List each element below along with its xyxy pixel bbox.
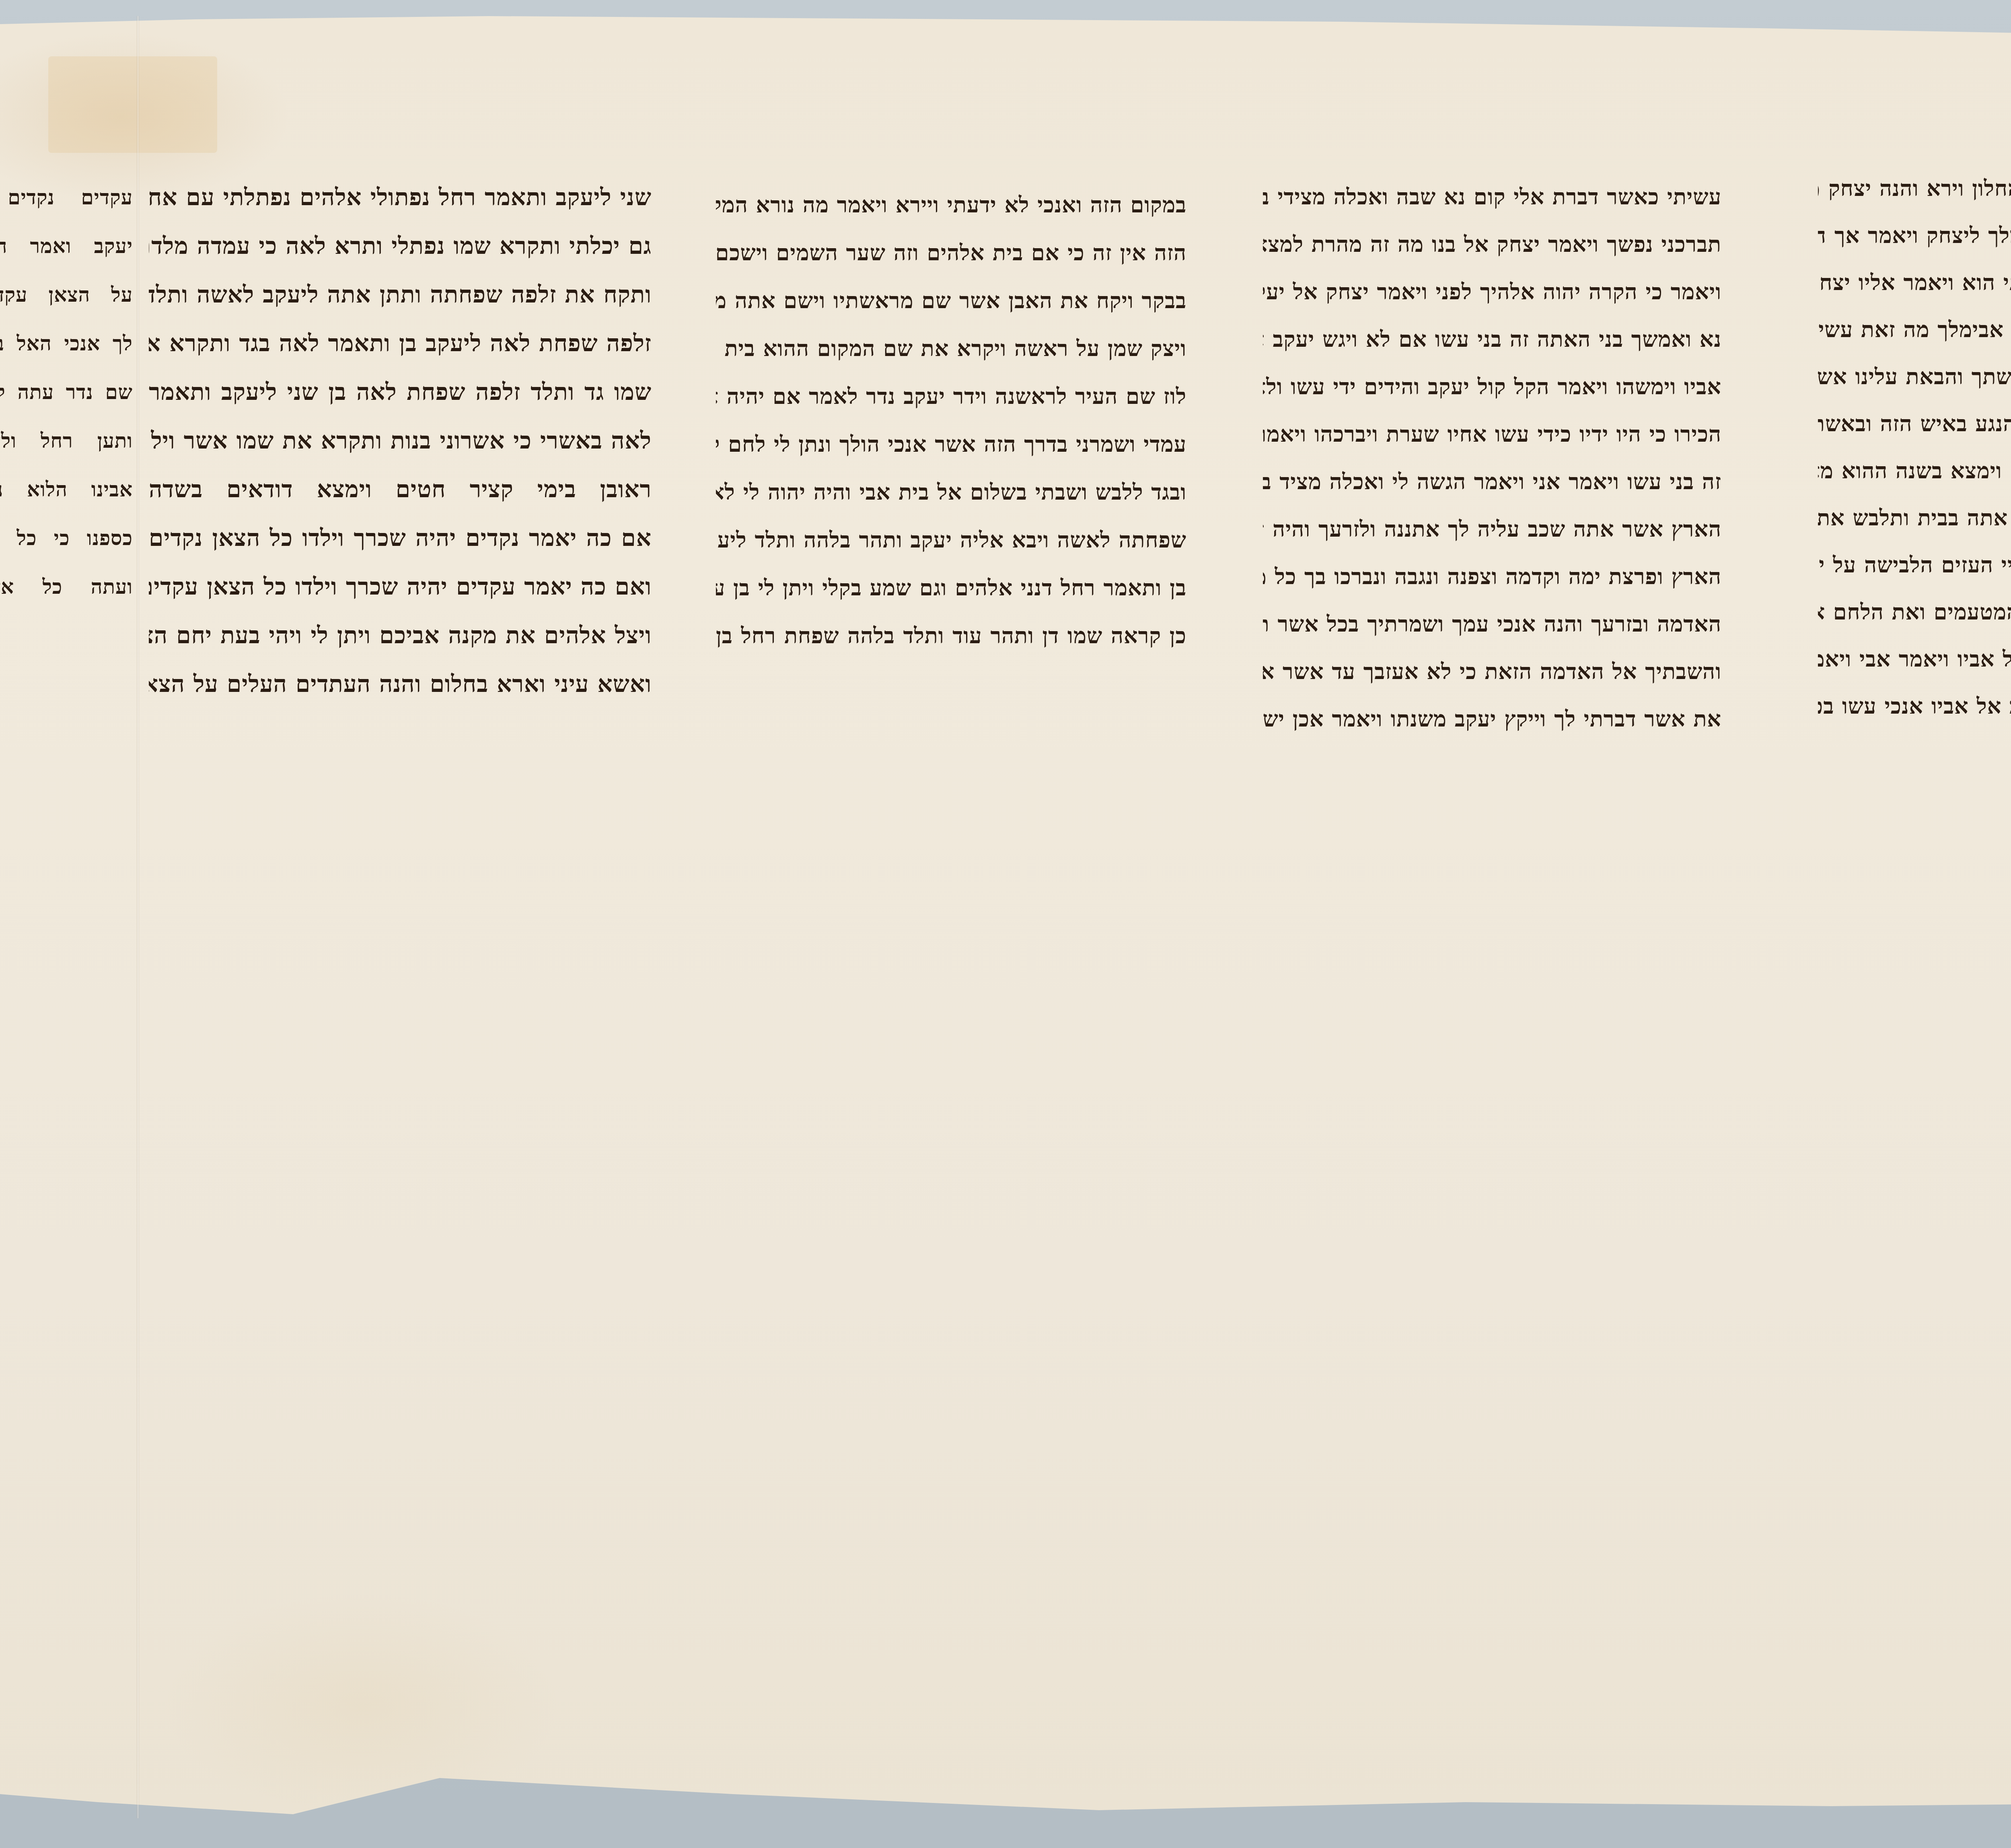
text-line: גם יכלתי ותקרא שמו נפתלי ותרא לאה כי עמד… — [149, 222, 652, 270]
text-line: כמעט שכב אחד העם את אשתך והבאת עלינו אשם… — [1818, 353, 2011, 400]
text-line: במקום הזה ואנכי לא ידעתי ויירא ויאמר מה … — [716, 181, 1186, 229]
text-line: הארץ אשר אתה שכב עליה לך אתננה ולזרעך וה… — [1263, 505, 1721, 553]
text-line: עקדים נקדים ו — [0, 173, 133, 222]
text-line: שפחתה לאשה ויבא אליה יעקב ותהר בלהה ותלד… — [716, 516, 1186, 564]
text-line: ותקח את זלפה שפחתה ותתן אתה ליעקב לאשה ו… — [149, 270, 652, 319]
text-column-c: עשיתי כאשר דברת אלי קום נא שבה ואכלה מצי… — [1263, 173, 1721, 1593]
text-line: האדמה ובזרעך והנה אנכי עמך ושמרתיך בכל א… — [1263, 600, 1721, 648]
text-line: עשיתי כאשר דברת אלי קום נא שבה ואכלה מצי… — [1263, 173, 1721, 220]
text-line: ואשא עיני וארא בחלום והנה העתדים העלים ע… — [149, 660, 652, 708]
text-line: עמדי ושמרני בדרך הזה אשר אנכי הולך ונתן … — [716, 420, 1186, 468]
text-line: ואם כה יאמר עקדים יהיה שכרך וילדו כל הצא… — [149, 562, 652, 611]
text-line: ויצל אלהים את מקנה אביכם ויתן לי ויהי בע… — [149, 611, 652, 660]
text-line: ועל חלקת צואריו ותתן את המטעמים ואת הלחם… — [1818, 589, 2011, 636]
text-line: את רבקה אשתו ויקרא אבימלך ליצחק ויאמר אך… — [1818, 212, 2011, 259]
text-line: בבקר ויקח את האבן אשר שם מראשתיו וישם את… — [716, 277, 1186, 325]
text-line: אבימלך מלך פלשתים בעד החלון וירא והנה יצ… — [1818, 165, 2011, 212]
text-line: הכירו כי היו ידיו כידי עשו אחיו שערת ויב… — [1263, 410, 1721, 458]
text-line: ראובן בימי קציר חטים וימצא דודאים בשדה — [149, 465, 652, 514]
text-line: ותען רחל ולאה — [0, 416, 133, 465]
text-column-d: אבימלך מלך פלשתים בעד החלון וירא והנה יצ… — [1818, 165, 2011, 1577]
text-line: ובגד ללבש ושבתי בשלום אל בית אבי והיה יה… — [716, 468, 1186, 516]
text-line: יעקב בנה הקטן ואת ערת גדיי העזים הלבישה … — [1818, 541, 2011, 589]
text-line: לך אנכי האל בית — [0, 319, 133, 368]
text-column-partial-left: עקדים נקדים ו יעקב ואמר הנני על הצאן עקד… — [0, 173, 133, 1641]
text-line: זה בני עשו ויאמר אני ויאמר הגשה לי ואכלה… — [1263, 458, 1721, 505]
text-line: לאה באשרי כי אשרוני בנות ותקרא את שמו אש… — [149, 416, 652, 465]
text-line: בן ותאמר רחל דנני אלהים וגם שמע בקלי וית… — [716, 564, 1186, 612]
text-line: אבינו הלוא נכר — [0, 465, 133, 514]
text-line: אמרתי פן אמות עליה ויאמר אבימלך מה זאת ע… — [1818, 306, 2011, 353]
text-line: שני ליעקב ותאמר רחל נפתולי אלהים נפתלתי … — [149, 173, 652, 222]
text-line: תברכני נפשך ויאמר יצחק אל בנו מה זה מהרת… — [1263, 220, 1721, 268]
text-line: ועתה כל אשר — [0, 562, 133, 611]
parchment-stain — [48, 56, 217, 153]
text-line: יעקב ואמר הנני — [0, 222, 133, 270]
text-line: הנני מי אתה בני ויאמר יעקב אל אביו אנכי … — [1818, 683, 2011, 730]
text-line: הארץ ופרצת ימה וקדמה וצפנה ונגבה ונברכו … — [1263, 553, 1721, 600]
text-line: עשו בנה הגדל החמדת אשר אתה בבית ותלבש את — [1818, 494, 2011, 541]
text-line: ויצק שמן על ראשה ויקרא את שם המקום ההוא … — [716, 325, 1186, 372]
text-line: כן קראה שמו דן ותהר עוד ותלד בלהה שפחת ר… — [716, 612, 1186, 660]
text-line: אשתך הוא ואיך אמרת אחתי הוא ויאמר אליו י… — [1818, 259, 2011, 306]
text-line: על הצאן עקדים — [0, 270, 133, 319]
text-line: את אשר דברתי לך וייקץ יעקב משנתו ויאמר א… — [1263, 695, 1721, 743]
text-line: כספנו כי כל הע — [0, 514, 133, 562]
text-line: שם נדר עתה קום — [0, 368, 133, 416]
text-line: עשתה ביד יעקב בנה ויבא אל אביו ויאמר אבי… — [1818, 636, 2011, 683]
text-line: לוז שם העיר לראשנה וידר יעקב נדר לאמר אם… — [716, 372, 1186, 420]
text-line: זלפה שפחת לאה ליעקב בן ותאמר לאה בגד ותק… — [149, 319, 652, 368]
text-line: ויאמר כי הקרה יהוה אלהיך לפני ויאמר יצחק… — [1263, 268, 1721, 315]
text-line: אבימלך את כל העם לאמר הנגע באיש הזה ובאש… — [1818, 400, 2011, 447]
text-line: נא ואמשך בני האתה זה בני עשו אם לא ויגש … — [1263, 315, 1721, 363]
text-line: יומת ויזרע יצחק בארץ ההוא וימצא בשנה ההו… — [1818, 447, 2011, 494]
text-line: הזה אין זה כי אם בית אלהים וזה שער השמים… — [716, 229, 1186, 277]
text-column-b: במקום הזה ואנכי לא ידעתי ויירא ויאמר מה … — [716, 181, 1186, 1637]
text-line: שמו גד ותלד זלפה שפחת לאה בן שני ליעקב ו… — [149, 368, 652, 416]
text-column-a: שני ליעקב ותאמר רחל נפתולי אלהים נפתלתי … — [149, 173, 652, 1641]
text-line: אביו וימשהו ויאמר הקל קול יעקב והידים יד… — [1263, 363, 1721, 410]
parchment-seam — [137, 16, 139, 1818]
text-line: והשבתיך אל האדמה הזאת כי לא אעזבך עד אשר… — [1263, 648, 1721, 695]
text-line: אם כה יאמר נקדים יהיה שכרך וילדו כל הצאן… — [149, 514, 652, 562]
